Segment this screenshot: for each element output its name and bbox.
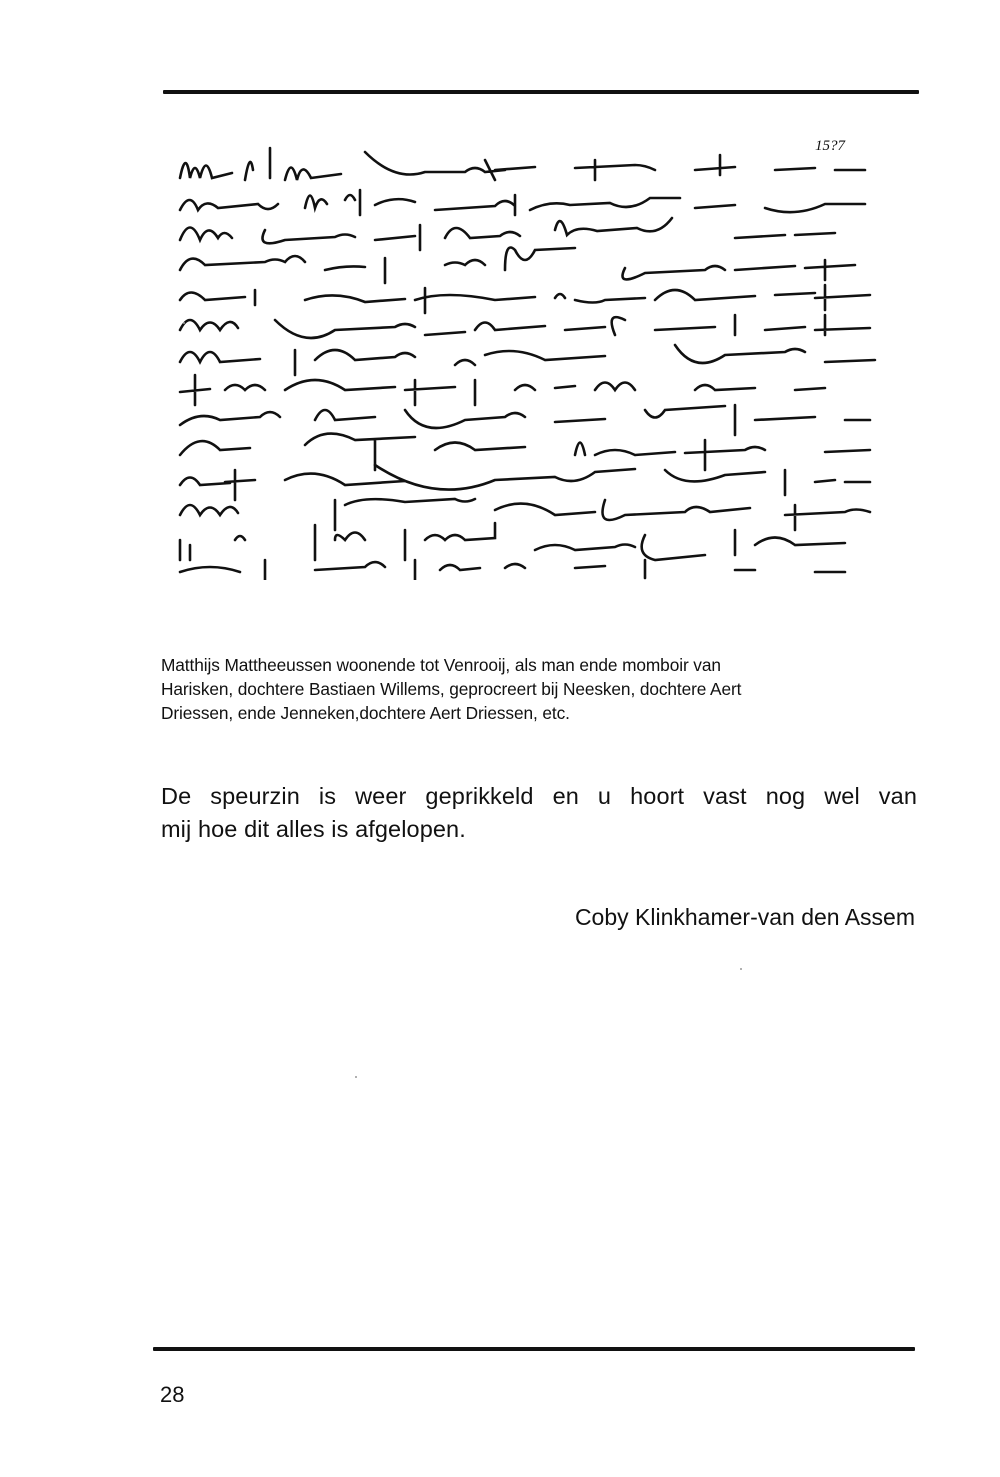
manuscript-image: 15?7: [175, 140, 880, 580]
manuscript-transcription: Matthijs Mattheeussen woonende tot Venro…: [161, 653, 917, 725]
speck: [740, 968, 742, 970]
speck: [183, 322, 185, 324]
transcription-line: Matthijs Mattheeussen woonende tot Venro…: [161, 653, 917, 677]
speck: [355, 1076, 357, 1078]
transcription-line: Driessen, ende Jenneken,dochtere Aert Dr…: [161, 701, 917, 725]
page-number: 28: [160, 1382, 184, 1408]
handwriting-scribbles: [175, 140, 880, 580]
transcription-line: Harisken, dochtere Bastiaen Willems, gep…: [161, 677, 917, 701]
body-line: mij hoe dit alles is afgelopen.: [161, 813, 917, 846]
bottom-rule: [153, 1347, 915, 1351]
body-line: De speurzin is weer geprikkeld en u hoor…: [161, 780, 917, 813]
author-signature: Coby Klinkhamer-van den Assem: [575, 904, 915, 931]
manuscript-corner-mark: 15?7: [815, 138, 845, 155]
body-paragraph: De speurzin is weer geprikkeld en u hoor…: [161, 780, 917, 846]
top-rule: [163, 90, 919, 94]
